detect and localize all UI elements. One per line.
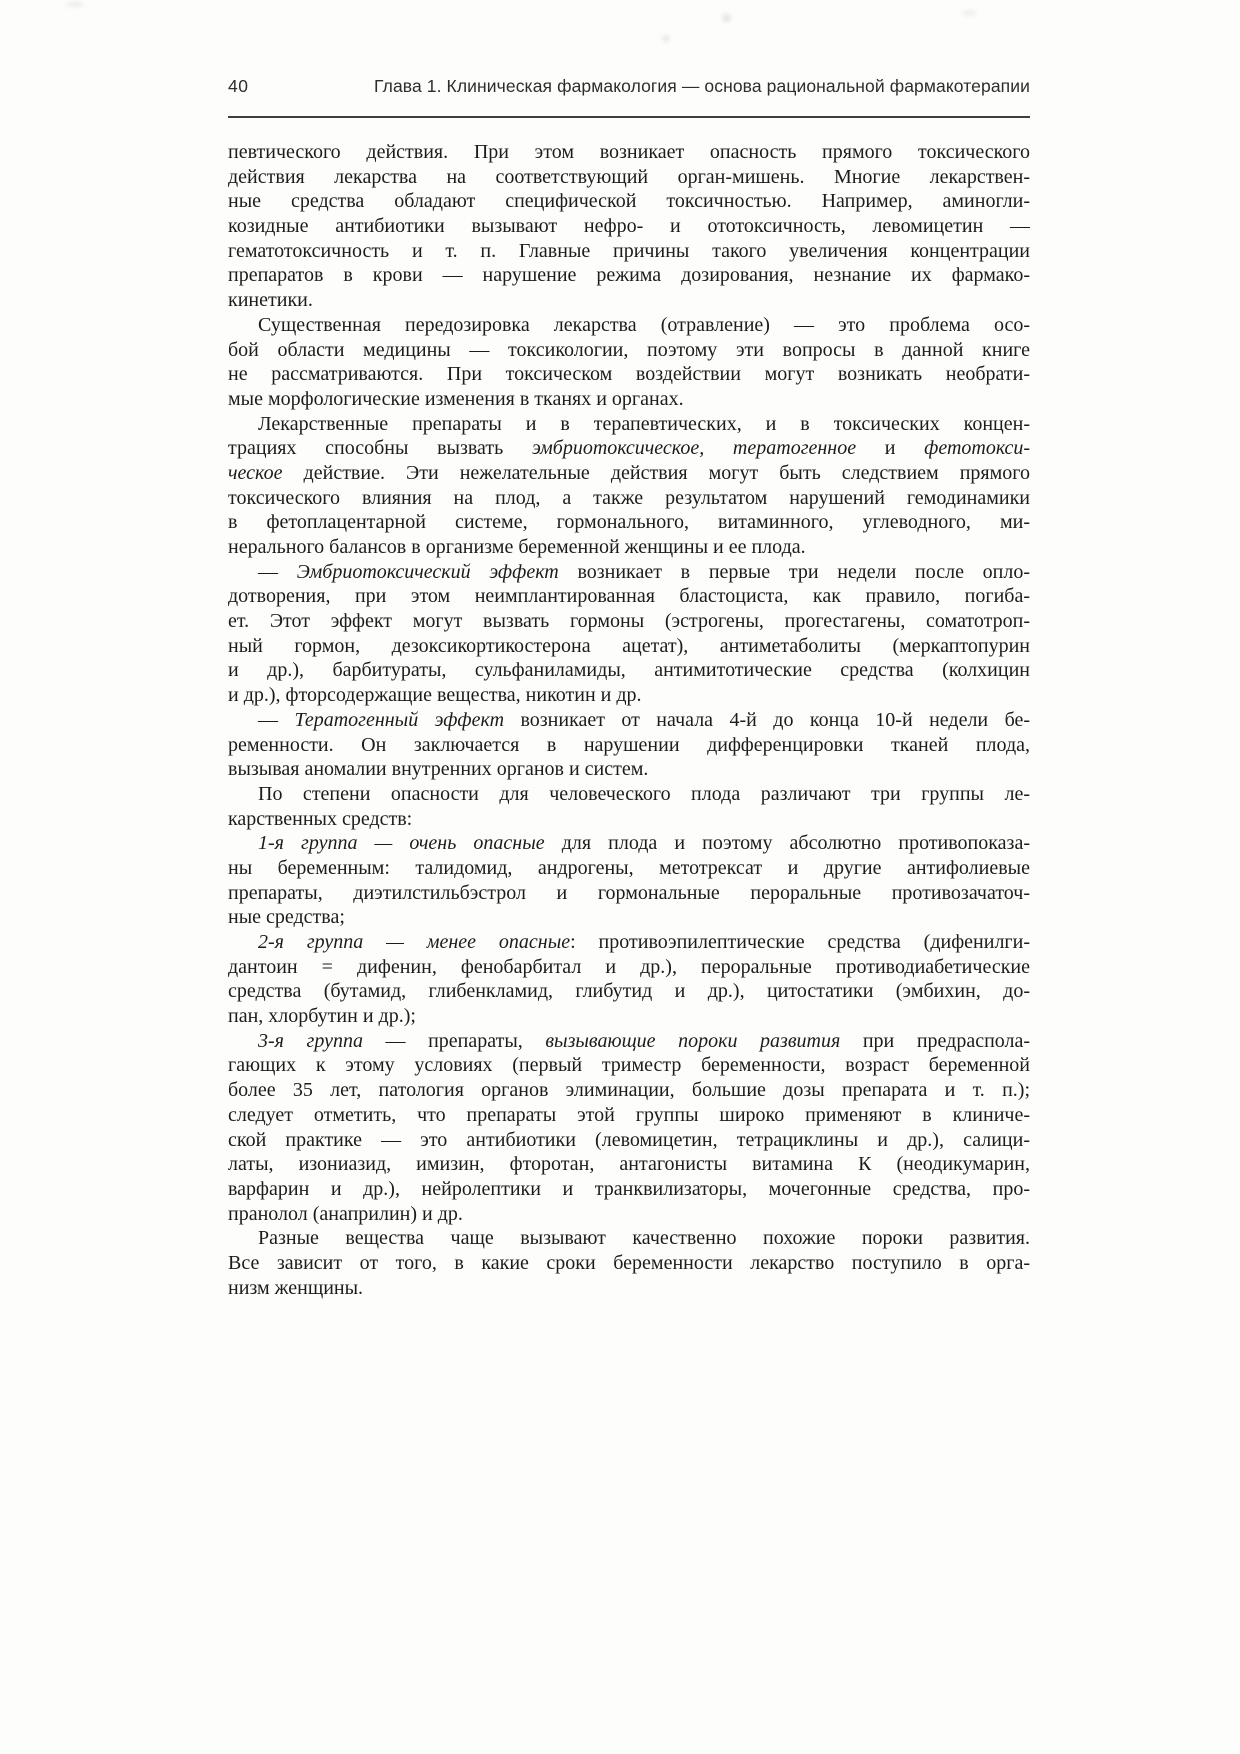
- text-segment: Разные вещества чаще вызывают качественн…: [258, 1227, 1030, 1249]
- text-line: По степени опасности для человеческого п…: [228, 782, 1030, 807]
- text-segment: По степени опасности для человеческого п…: [258, 783, 1030, 805]
- text-line: ременности. Он заключается в нарушении д…: [228, 733, 1030, 758]
- text-line: ные средства обладают специфической токс…: [228, 189, 1030, 214]
- text-line: средства (бутамид, глибенкламид, глибути…: [228, 979, 1030, 1004]
- text-line: и др.), фторсодержащие вещества, никотин…: [228, 683, 1030, 708]
- text-segment: препаратов в крови — нарушение режима до…: [228, 264, 1030, 286]
- text-line: Все зависит от того, в какие сроки берем…: [228, 1251, 1030, 1276]
- text-line: ской практике — это антибиотики (левомиц…: [228, 1128, 1030, 1153]
- text-segment: и др.), барбитураты, сульфаниламиды, ант…: [228, 659, 1030, 681]
- text-line: более 35 лет, патология органов элиминац…: [228, 1078, 1030, 1103]
- text-segment: вызывая аномалии внутренних органов и си…: [228, 758, 648, 780]
- text-line: Существенная передозировка лекарства (от…: [228, 313, 1030, 338]
- text-line: гематотоксичность и т. п. Главные причин…: [228, 239, 1030, 264]
- text-line: — Эмбриотоксический эффект возникает в п…: [228, 560, 1030, 585]
- text-segment: певтического действия. При этом возникае…: [228, 141, 1030, 163]
- text-line: мые морфологические изменения в тканях и…: [228, 387, 1030, 412]
- text-segment: возникает от начала 4-й до конца 10-й не…: [504, 709, 1030, 731]
- text-line: певтического действия. При этом возникае…: [228, 140, 1030, 165]
- text-segment: в фетоплацентарной системе, гормональног…: [228, 511, 1030, 533]
- text-segment: пан, хлорбутин и др.);: [228, 1005, 416, 1027]
- text-line: козидные антибиотики вызывают нефро- и о…: [228, 214, 1030, 239]
- header-rule: [228, 116, 1030, 118]
- text-segment: ны беременным: талидомид, андрогены, мет…: [228, 857, 1030, 879]
- text-segment: токсического влияния на плод, а также ре…: [228, 487, 1030, 509]
- text-segment: дантоин = дифенин, фенобарбитал и др.), …: [228, 956, 1030, 978]
- text-segment: средства (бутамид, глибенкламид, глибути…: [228, 980, 1030, 1002]
- text-line: низм женщины.: [228, 1276, 1030, 1301]
- text-segment: ет. Этот эффект могут вызвать гормоны (э…: [228, 610, 1030, 632]
- text-segment: и: [856, 437, 924, 459]
- text-line: препаратов в крови — нарушение режима до…: [228, 263, 1030, 288]
- book-page: 40 Глава 1. Клиническая фармакология — о…: [0, 0, 1240, 1754]
- text-segment: карственных средств:: [228, 808, 412, 830]
- text-line: гающих к этому условиях (первый триместр…: [228, 1053, 1030, 1078]
- text-segment: ременности. Он заключается в нарушении д…: [228, 734, 1030, 756]
- text-line: пан, хлорбутин и др.);: [228, 1004, 1030, 1029]
- italic-text-segment: вызывающие пороки развития: [545, 1030, 840, 1052]
- text-line: в фетоплацентарной системе, гормональног…: [228, 510, 1030, 535]
- scan-smudge: [66, 2, 84, 7]
- text-segment: латы, изониазид, имизин, фторотан, антаг…: [228, 1153, 1030, 1175]
- text-line: варфарин и др.), нейролептики и транквил…: [228, 1177, 1030, 1202]
- text-segment: следует отметить, что препараты этой гру…: [228, 1104, 1030, 1126]
- text-line: действия лекарства на соответствующий ор…: [228, 165, 1030, 190]
- italic-text-segment: Тератогенный эффект: [294, 709, 504, 731]
- text-segment: нерального балансов в организме беременн…: [228, 536, 806, 558]
- text-segment: трациях способны вызвать: [228, 437, 532, 459]
- text-segment: низм женщины.: [228, 1277, 363, 1299]
- text-line: дотворения, при этом неимплантированная …: [228, 584, 1030, 609]
- text-segment: гематотоксичность и т. п. Главные причин…: [228, 240, 1030, 262]
- italic-text-segment: ческое: [228, 462, 283, 484]
- text-segment: ской практике — это антибиотики (левомиц…: [228, 1129, 1030, 1151]
- text-segment: бой области медицины — токсикологии, поэ…: [228, 339, 1030, 361]
- scan-smudge: [662, 35, 670, 42]
- text-line: 2-я группа — менее опасные: противоэпиле…: [228, 930, 1030, 955]
- text-segment: —: [258, 709, 294, 731]
- text-line: карственных средств:: [228, 807, 1030, 832]
- text-segment: при предраспола-: [840, 1030, 1030, 1052]
- text-segment: действие. Эти нежелательные действия мог…: [283, 462, 1030, 484]
- text-line: Разные вещества чаще вызывают качественн…: [228, 1226, 1030, 1251]
- text-segment: возникает в первые три недели после опло…: [559, 561, 1030, 583]
- text-line: 3-я группа — препараты, вызывающие порок…: [228, 1029, 1030, 1054]
- text-line: дантоин = дифенин, фенобарбитал и др.), …: [228, 955, 1030, 980]
- text-segment: более 35 лет, патология органов элиминац…: [228, 1079, 1030, 1101]
- text-line: 1-я группа — очень опасные для плода и п…: [228, 831, 1030, 856]
- text-segment: не рассматриваются. При токсическом возд…: [228, 363, 1030, 385]
- text-line: ческое действие. Эти нежелательные дейст…: [228, 461, 1030, 486]
- text-line: бой области медицины — токсикологии, поэ…: [228, 338, 1030, 363]
- italic-text-segment: 3-я группа: [258, 1030, 363, 1052]
- text-segment: кинетики.: [228, 289, 313, 311]
- text-segment: ные средства;: [228, 906, 345, 928]
- text-segment: ные средства обладают специфической токс…: [228, 190, 1030, 212]
- text-segment: : противоэпилептические средства (дифени…: [570, 931, 1030, 953]
- italic-text-segment: эмбриотоксическое, тератогенное: [532, 437, 856, 459]
- text-line: вызывая аномалии внутренних органов и си…: [228, 757, 1030, 782]
- text-line: Лекарственные препараты и в терапевтичес…: [228, 412, 1030, 437]
- text-segment: пранолол (анаприлин) и др.: [228, 1203, 463, 1225]
- italic-text-segment: фетотокси-: [924, 437, 1030, 459]
- italic-text-segment: Эмбриотоксический эффект: [297, 561, 559, 583]
- text-line: ный гормон, дезоксикортикостерона ацетат…: [228, 634, 1030, 659]
- text-line: следует отметить, что препараты этой гру…: [228, 1103, 1030, 1128]
- text-segment: действия лекарства на соответствующий ор…: [228, 166, 1030, 188]
- text-segment: дотворения, при этом неимплантированная …: [228, 585, 1030, 607]
- text-line: и др.), барбитураты, сульфаниламиды, ант…: [228, 658, 1030, 683]
- text-line: не рассматриваются. При токсическом возд…: [228, 362, 1030, 387]
- text-line: препараты, диэтилстильбэстрол и гормонал…: [228, 881, 1030, 906]
- text-segment: —: [258, 561, 297, 583]
- scan-smudge: [722, 14, 731, 22]
- text-segment: Все зависит от того, в какие сроки берем…: [228, 1252, 1030, 1274]
- text-line: ет. Этот эффект могут вызвать гормоны (э…: [228, 609, 1030, 634]
- text-segment: и др.), фторсодержащие вещества, никотин…: [228, 684, 642, 706]
- text-line: пранолол (анаприлин) и др.: [228, 1202, 1030, 1227]
- text-segment: для плода и поэтому абсолютно противопок…: [545, 832, 1030, 854]
- text-segment: препараты, диэтилстильбэстрол и гормонал…: [228, 882, 1030, 904]
- text-line: ные средства;: [228, 905, 1030, 930]
- running-head-row: 40 Глава 1. Клиническая фармакология — о…: [228, 76, 1030, 97]
- body-text: певтического действия. При этом возникае…: [228, 140, 1030, 1300]
- text-segment: варфарин и др.), нейролептики и транквил…: [228, 1178, 1030, 1200]
- chapter-running-head: Глава 1. Клиническая фармакология — осно…: [374, 76, 1030, 97]
- italic-text-segment: 2-я группа — менее опасные: [258, 931, 570, 953]
- text-segment: гающих к этому условиях (первый триместр…: [228, 1054, 1030, 1076]
- text-line: — Тератогенный эффект возникает от начал…: [228, 708, 1030, 733]
- text-line: токсического влияния на плод, а также ре…: [228, 486, 1030, 511]
- text-segment: мые морфологические изменения в тканях и…: [228, 388, 684, 410]
- text-line: нерального балансов в организме беременн…: [228, 535, 1030, 560]
- text-line: кинетики.: [228, 288, 1030, 313]
- text-segment: козидные антибиотики вызывают нефро- и о…: [228, 215, 1030, 237]
- text-segment: Существенная передозировка лекарства (от…: [258, 314, 1030, 336]
- page-number: 40: [228, 76, 248, 97]
- text-line: ны беременным: талидомид, андрогены, мет…: [228, 856, 1030, 881]
- text-segment: ный гормон, дезоксикортикостерона ацетат…: [228, 635, 1030, 657]
- scan-smudge: [962, 10, 976, 16]
- text-segment: — препараты,: [363, 1030, 545, 1052]
- text-line: латы, изониазид, имизин, фторотан, антаг…: [228, 1152, 1030, 1177]
- text-line: трациях способны вызвать эмбриотоксическ…: [228, 436, 1030, 461]
- text-segment: Лекарственные препараты и в терапевтичес…: [258, 413, 1030, 435]
- italic-text-segment: 1-я группа — очень опасные: [258, 832, 545, 854]
